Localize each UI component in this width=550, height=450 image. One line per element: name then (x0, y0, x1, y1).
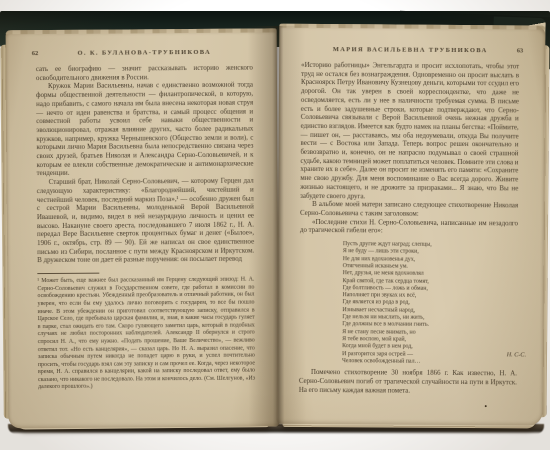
left-page-deckle-edge (6, 28, 277, 34)
right-closing: Помечено стихотворение 30 ноября 1866 г.… (299, 369, 517, 397)
left-page-number: 62 (32, 50, 38, 57)
right-page-content: МАРИЯ ВАСИЛЬЕВНА ТРУБНИКОВА 63 «Историю … (299, 46, 519, 397)
right-running-head: МАРИЯ ВАСИЛЬЕВНА ТРУБНИКОВА 63 (301, 46, 519, 55)
right-page: МАРИЯ ВАСИЛЬЕВНА ТРУБНИКОВА 63 «Историю … (277, 24, 546, 426)
poem-line: Человек освобожденный пал… (342, 358, 474, 366)
right-body-text: «Историю работницы» Энгельгардта и проси… (300, 62, 519, 238)
right-running-head-title: МАРИЯ ВАСИЛЬЕВНА ТРУБНИКОВА (333, 46, 488, 54)
ink-speck (485, 405, 487, 407)
right-page-deckle-edge (279, 24, 545, 30)
left-page: 62 О. К. БУЛАНОВА-ТРУБНИКОВА сать ее био… (6, 28, 280, 428)
left-paragraph: Старший брат, Николай Серно-Соловьевич, … (37, 178, 255, 267)
right-paragraph: В альбоме моей матери записано следующее… (300, 201, 518, 220)
left-paragraph: Кружок Марии Васильевны, начав с единств… (36, 82, 254, 179)
poem-signature: Н. С-С. (507, 351, 526, 358)
closing-paragraph: Помечено стихотворение 30 ноября 1866 г.… (299, 369, 517, 397)
right-paragraph: «Историю работницы» Энгельгардта и проси… (300, 62, 519, 203)
left-running-head: 62 О. К. БУЛАНОВА-ТРУБНИКОВА (36, 49, 253, 58)
left-page-content: 62 О. К. БУЛАНОВА-ТРУБНИКОВА сать ее био… (36, 49, 255, 393)
left-body-text: сать ее биографию — значит рассказывать … (36, 65, 254, 267)
right-page-number: 63 (517, 47, 523, 54)
footnote-separator (37, 273, 99, 274)
left-paragraph: сать ее биографию — значит рассказывать … (36, 65, 253, 84)
footnote-text: ¹ Может быть, еще важнее был рассказанны… (37, 277, 255, 392)
book-photo: 62 О. К. БУЛАНОВА-ТРУБНИКОВА сать ее био… (0, 0, 550, 450)
right-paragraph: «Последние стихи Н. Серно-Соловьевича, н… (300, 219, 518, 238)
poem-block: Пусть другие ждут наград; слепцы, Я не б… (342, 241, 475, 366)
open-book: 62 О. К. БУЛАНОВА-ТРУБНИКОВА сать ее био… (0, 0, 550, 450)
left-running-head-title: О. К. БУЛАНОВА-ТРУБНИКОВА (77, 49, 211, 57)
